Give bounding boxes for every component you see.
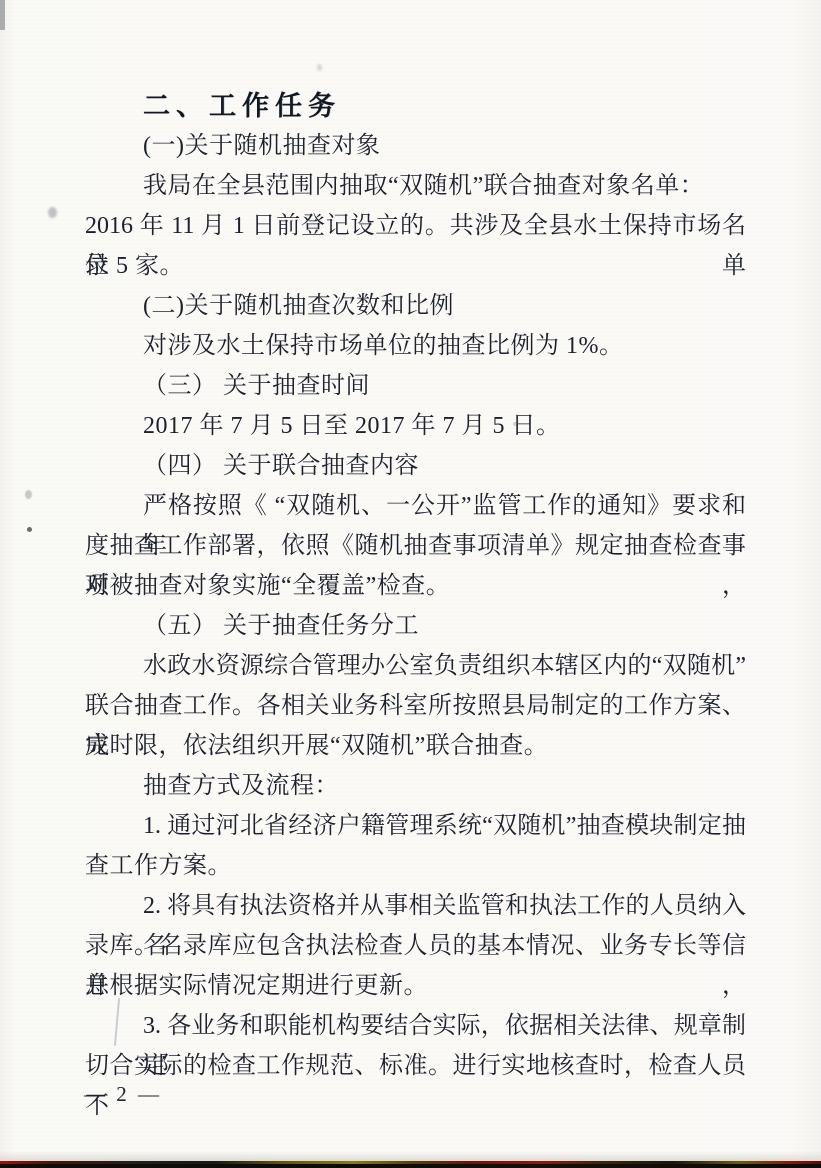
text-line: 成时限，依法组织开展“双随机”联合抽查。	[85, 726, 746, 766]
text-line: 抽查方式及流程：	[85, 766, 746, 806]
scan-speck	[27, 527, 32, 532]
text-line: 2017 年 7 月 5 日至 2017 年 7 月 5 日。	[85, 406, 746, 446]
text-line: 2. 将具有执法资格并从事相关监管和执法工作的人员纳入名	[85, 886, 746, 926]
scan-speck	[317, 64, 322, 71]
text-line: 联合抽查工作。各相关业务科室所按照县局制定的工作方案、完	[85, 686, 746, 726]
text-line: （五） 关于抽查任务分工	[85, 606, 746, 646]
text-line: 查工作方案。	[85, 846, 746, 886]
document-body: 二、工作任务(一)关于随机抽查对象我局在全县范围内抽取“双随机”联合抽查对象名单…	[85, 86, 746, 1086]
scanner-shadow	[0, 1151, 821, 1161]
scan-speck	[25, 490, 32, 499]
scanner-edge-strip	[0, 1161, 821, 1168]
text-line: 水政水资源综合管理办公室负责组织本辖区内的“双随机”	[85, 646, 746, 686]
text-line: 我局在全县范围内抽取“双随机”联合抽查对象名单：	[85, 166, 746, 206]
text-line: 度抽查工作部署，依照《随机抽查事项清单》规定抽查检查事项，	[85, 526, 746, 566]
text-line: （四） 关于联合抽查内容	[85, 446, 746, 486]
scan-speck	[48, 207, 57, 218]
text-line: （三） 关于抽查时间	[85, 366, 746, 406]
scan-speck	[513, 422, 517, 426]
page-number: — 2 —	[84, 1082, 162, 1107]
text-line: 2016 年 11 月 1 日前登记设立的。共涉及全县水土保持市场名录单	[85, 206, 746, 246]
text-line: 切合实际的检查工作规范、标准。进行实地核查时，检查人员不	[85, 1046, 746, 1086]
text-line: 严格按照《 “双随机、一公开”监管工作的通知》要求和年	[85, 486, 746, 526]
text-line: 1. 通过河北省经济户籍管理系统“双随机”抽查模块制定抽	[85, 806, 746, 846]
text-line: 3. 各业务和职能机构要结合实际，依据相关法律、规章制定	[85, 1006, 746, 1046]
text-line: (二)关于随机抽查次数和比例	[85, 286, 746, 326]
scanned-document-page: 二、工作任务(一)关于随机抽查对象我局在全县范围内抽取“双随机”联合抽查对象名单…	[0, 0, 821, 1168]
text-line: 对涉及水土保持市场单位的抽查比例为 1%。	[85, 326, 746, 366]
text-line: 录库。名录库应包含执法检查人员的基本情况、业务专长等信息，	[85, 926, 746, 966]
scan-edge-mark	[0, 0, 5, 30]
section-heading: 二、工作任务	[85, 86, 746, 126]
text-line: (一)关于随机抽查对象	[85, 126, 746, 166]
